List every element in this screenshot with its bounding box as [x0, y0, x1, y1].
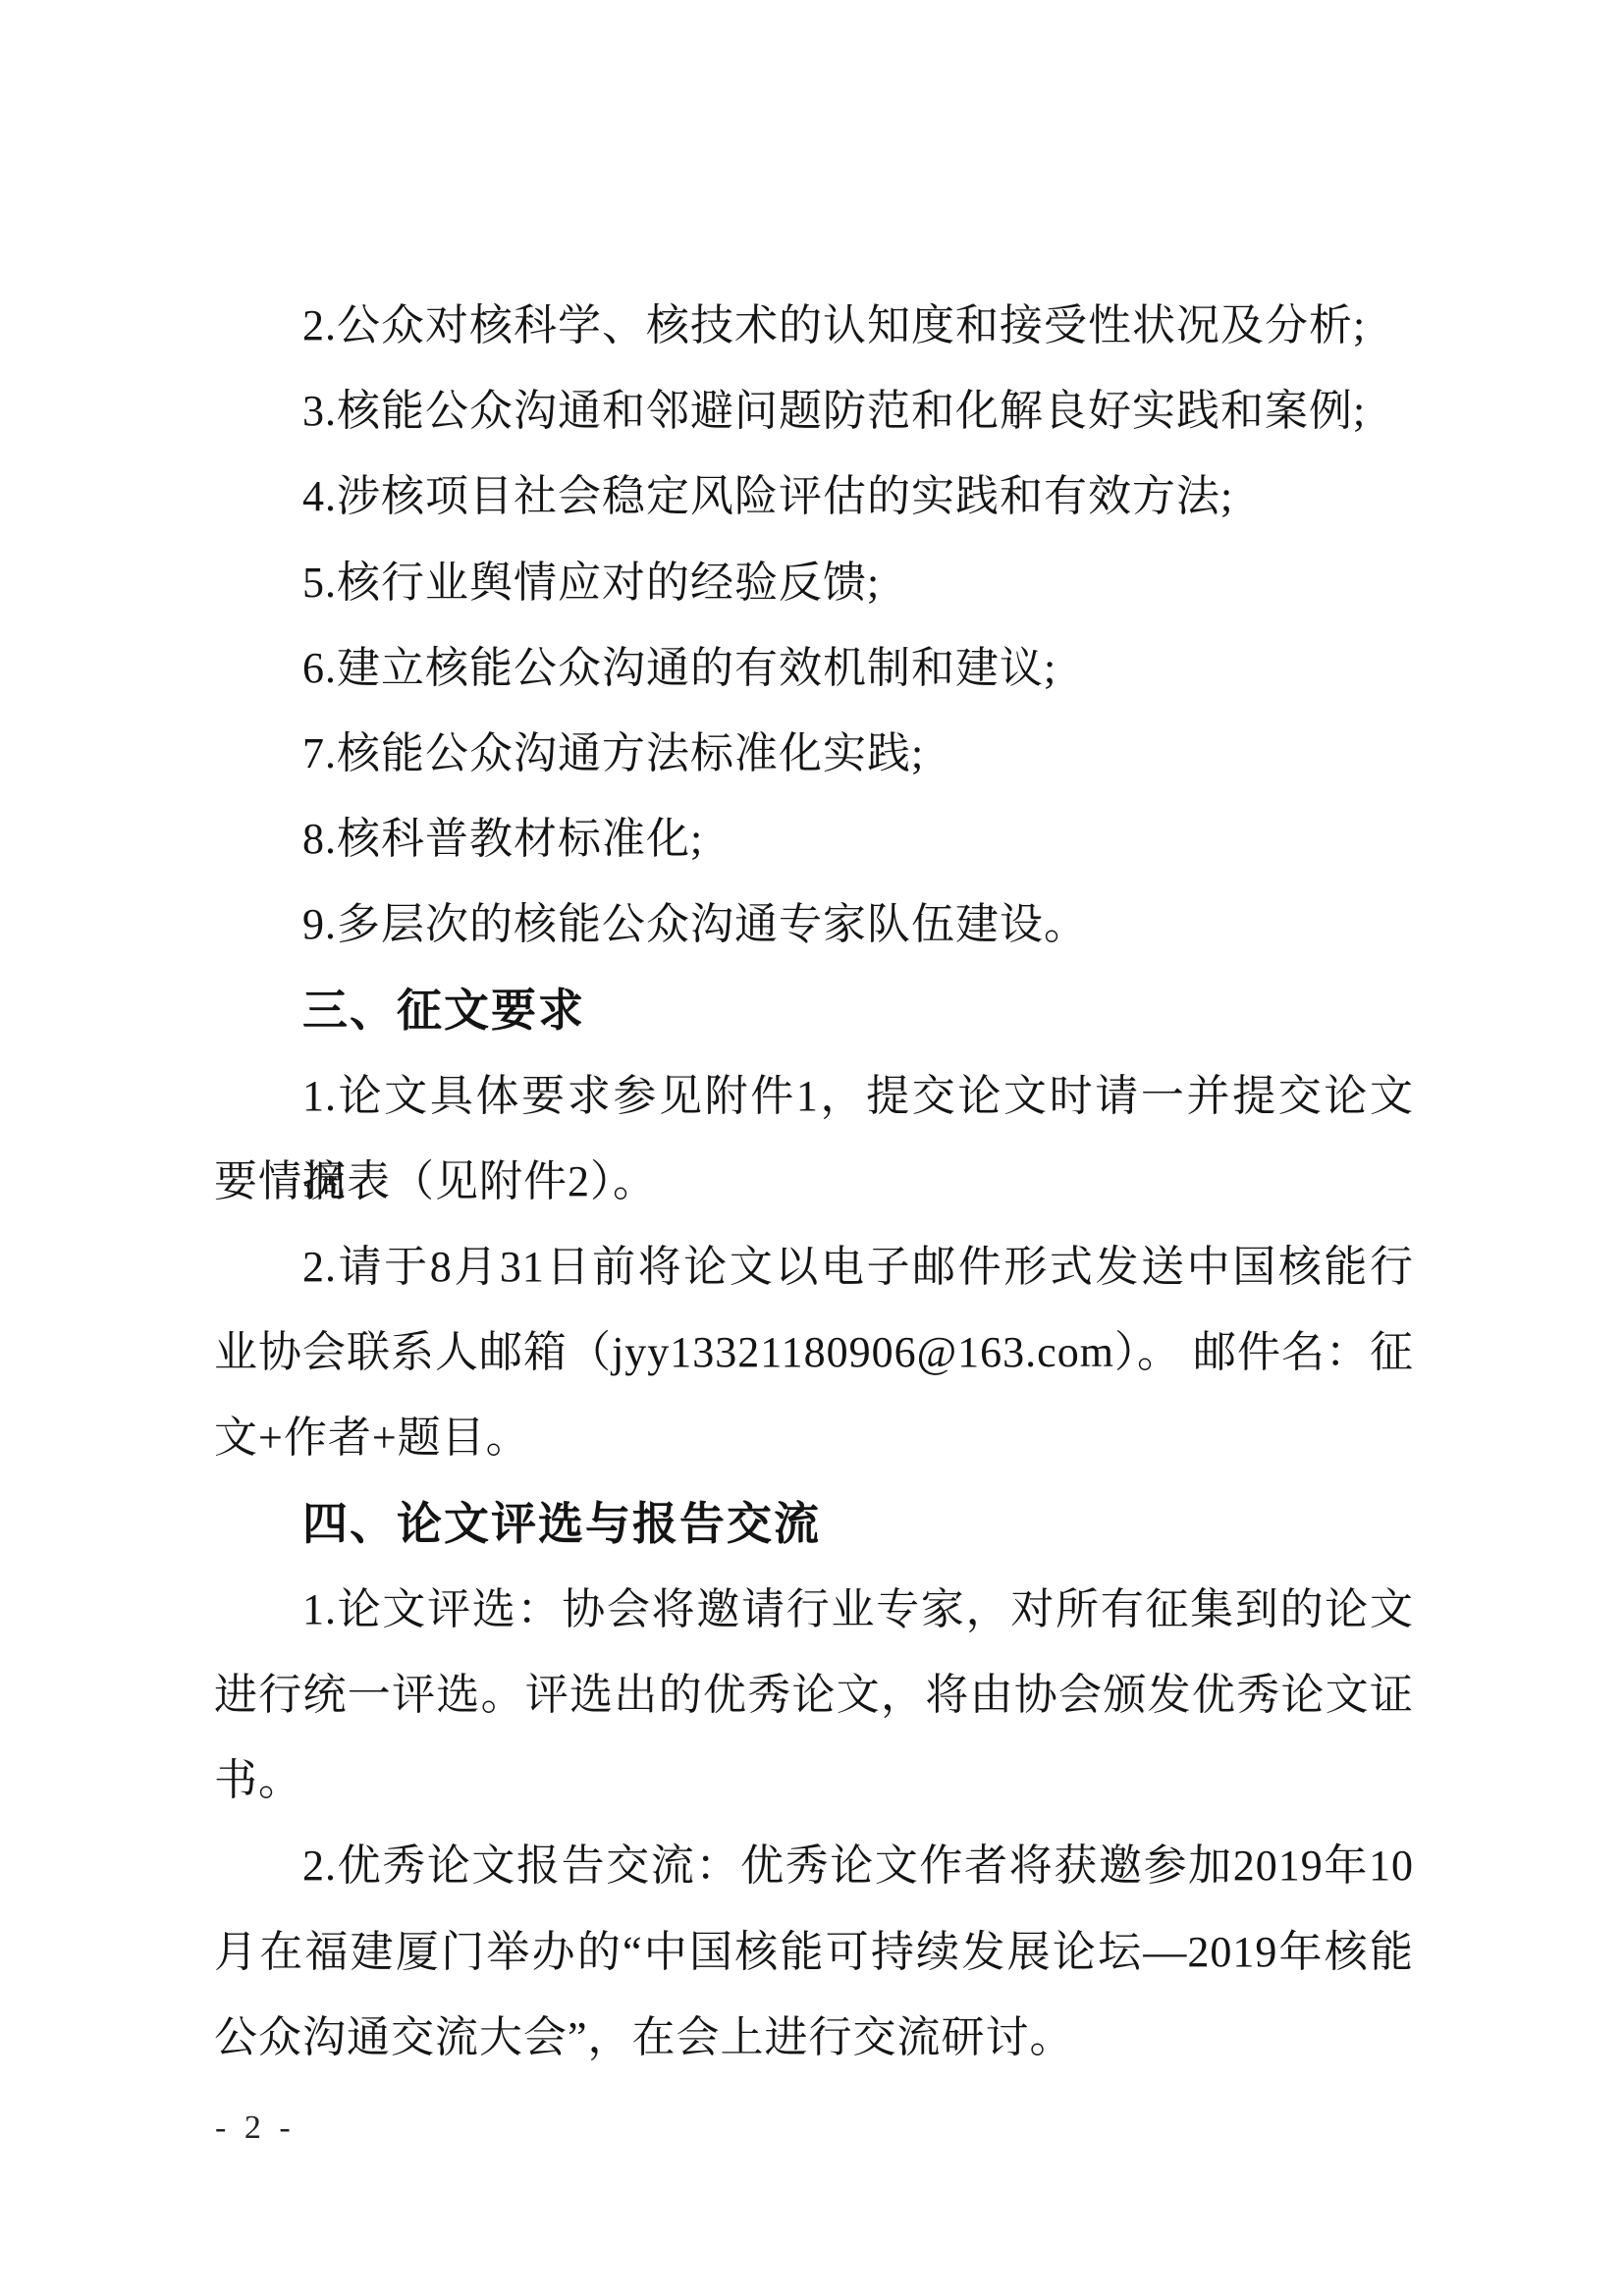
list-item-topic-3: 3.核能公众沟通和邻避问题防范和化解良好实践和案例; — [214, 368, 1414, 454]
paragraph-exchange-line-2: 月在福建厦门举办的“中国核能可持续发展论坛—2019年核能 — [214, 1909, 1414, 1995]
paragraph-exchange-line-1: 2.优秀论文报告交流：优秀论文作者将获邀参加2019年10 — [214, 1823, 1414, 1908]
list-item-topic-9: 9.多层次的核能公众沟通专家队伍建设。 — [214, 881, 1414, 967]
paragraph-requirements-line-2: 要情况表（见附件2）。 — [214, 1139, 1414, 1224]
page-number: - 2 - — [215, 2109, 296, 2148]
document-body: 2.公众对核科学、核技术的认知度和接受性状况及分析; 3.核能公众沟通和邻避问题… — [214, 283, 1414, 2080]
list-item-topic-5: 5.核行业舆情应对的经验反馈; — [214, 540, 1414, 625]
section-heading-3: 三、征文要求 — [214, 968, 1414, 1053]
paragraph-submission-line-3: 文+作者+题目。 — [214, 1395, 1414, 1480]
paragraph-selection-line-3: 书。 — [214, 1737, 1414, 1823]
section-heading-4: 四、论文评选与报告交流 — [214, 1481, 1414, 1567]
paragraph-selection-line-1: 1.论文评选：协会将邀请行业专家，对所有征集到的论文 — [214, 1567, 1414, 1652]
paragraph-selection-line-2: 进行统一评选。评选出的优秀论文，将由协会颁发优秀论文证 — [214, 1652, 1414, 1737]
document-page: 2.公众对核科学、核技术的认知度和接受性状况及分析; 3.核能公众沟通和邻避问题… — [0, 0, 1624, 2296]
list-item-topic-4: 4.涉核项目社会稳定风险评估的实践和有效方法; — [214, 454, 1414, 539]
list-item-topic-6: 6.建立核能公众沟通的有效机制和建议; — [214, 625, 1414, 711]
paragraph-submission-line-2: 业协会联系人邮箱（jyy13321180906@163.com）。 邮件名：征 — [214, 1309, 1414, 1395]
list-item-topic-8: 8.核科普教材标准化; — [214, 796, 1414, 881]
paragraph-submission-line-1: 2.请于8月31日前将论文以电子邮件形式发送中国核能行 — [214, 1224, 1414, 1309]
paragraph-exchange-line-3: 公众沟通交流大会”，在会上进行交流研讨。 — [214, 1995, 1414, 2080]
list-item-topic-7: 7.核能公众沟通方法标准化实践; — [214, 711, 1414, 796]
paragraph-requirements-line-1: 1.论文具体要求参见附件1，提交论文时请一并提交论文摘 — [214, 1053, 1414, 1139]
list-item-topic-2: 2.公众对核科学、核技术的认知度和接受性状况及分析; — [214, 283, 1414, 368]
